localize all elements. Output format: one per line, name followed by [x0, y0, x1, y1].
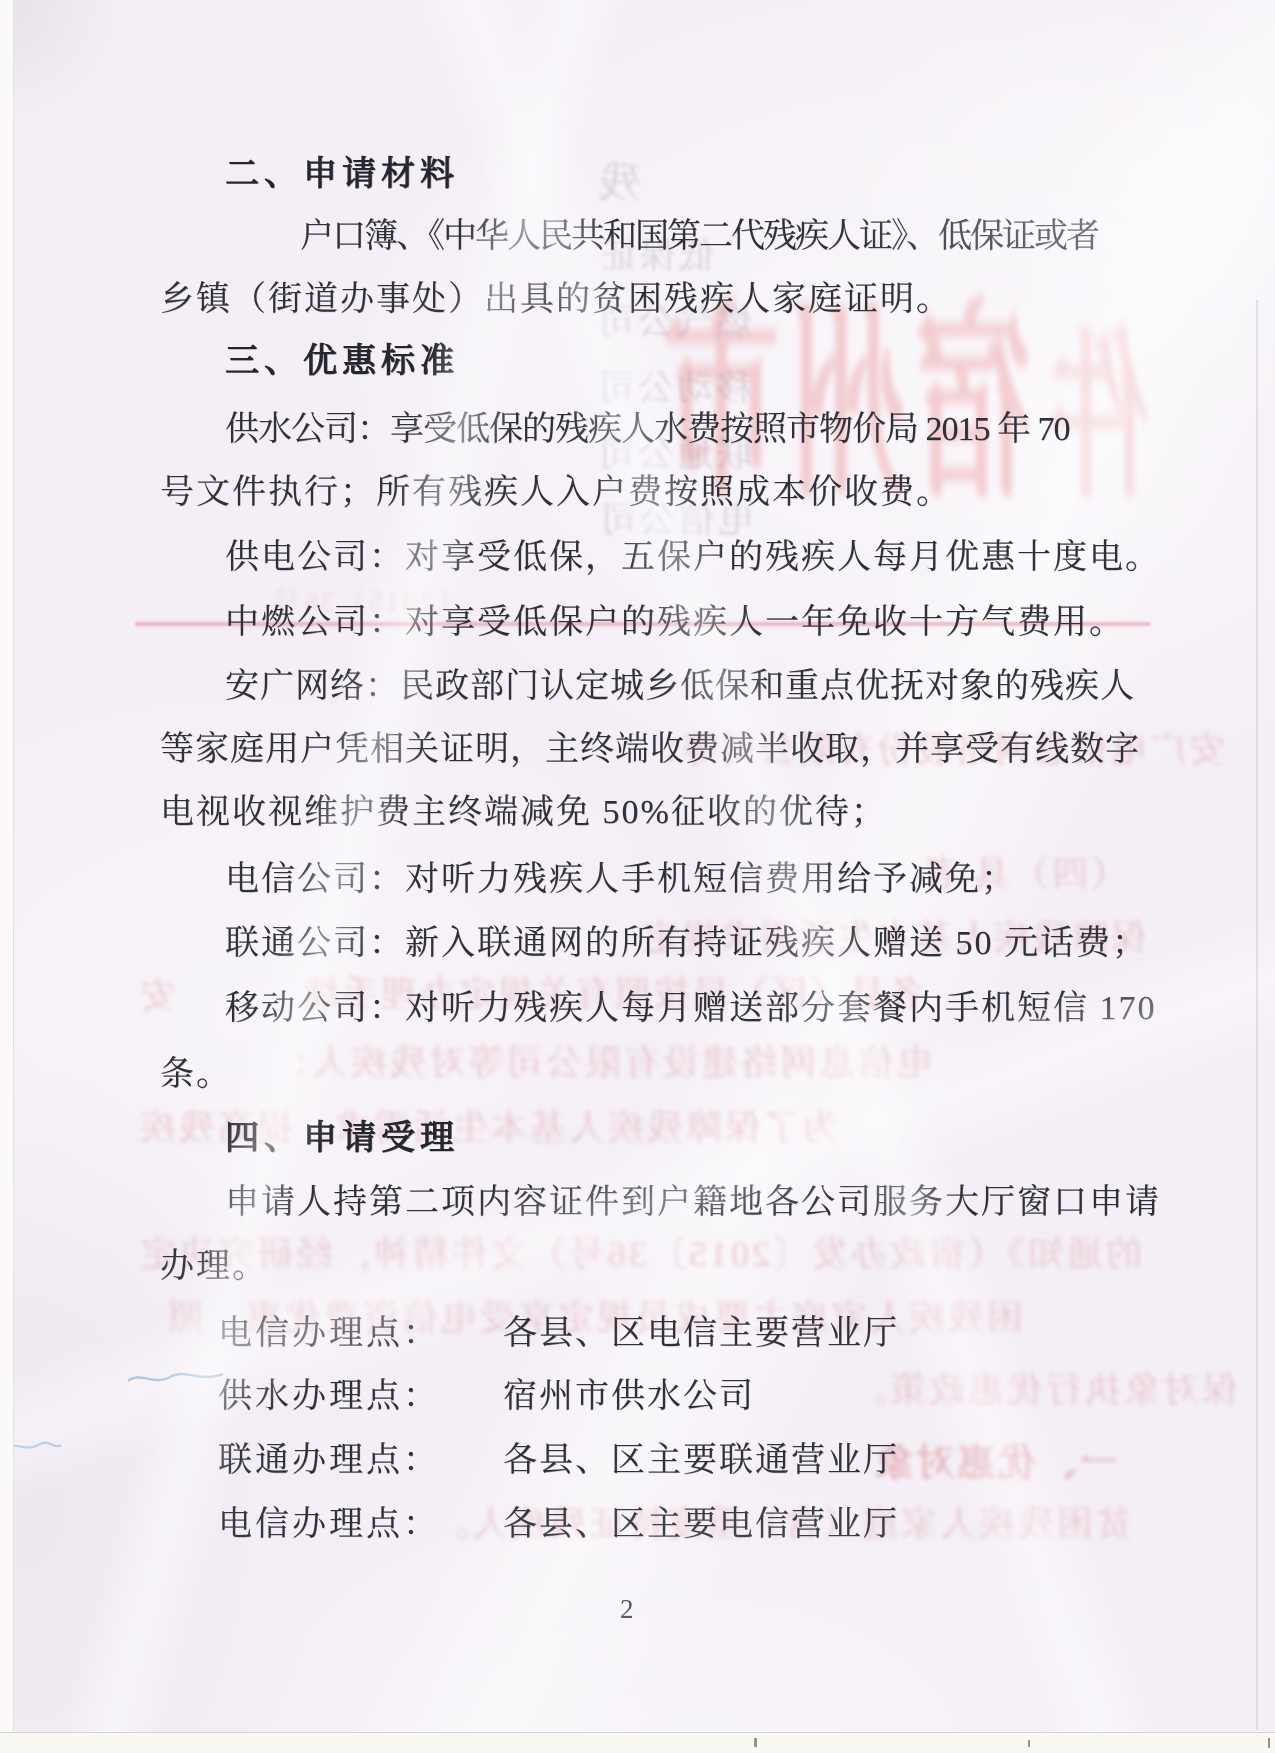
doc-line: 供电公司：对享受低保，五保户的残疾人每月优惠十度电。 [225, 529, 1161, 578]
page-fold-line [1256, 300, 1258, 1730]
scan-speck [1028, 1740, 1030, 1747]
section-heading-materials: 二、申请材料 [225, 146, 459, 195]
doc-line: 办理。 [160, 1238, 268, 1287]
bleed-row: 安 [137, 968, 176, 1019]
contact-row-value: 宿州市供水公司 [503, 1368, 755, 1417]
scan-edge-left [0, 0, 14, 1753]
section-heading-standards: 三、优惠标准 [225, 333, 459, 382]
doc-line: 供水公司：享受低保的残疾人水费按照市物价局 2015 年 70 [225, 401, 1070, 450]
doc-line: 安广网络：民政部门认定城乡低保和重点优抚对象的残疾人 [225, 658, 1135, 707]
contact-row-label: 电信办理点： [218, 1496, 440, 1545]
doc-line: 申请人持第二项内容证件到户籍地各公司服务大厅窗口申请 [225, 1174, 1161, 1223]
scan-speck [754, 1738, 757, 1747]
contact-row-value: 各县、区主要联通营业厅 [503, 1432, 899, 1481]
doc-line: 联通公司：新入联通网的所有持证残疾人赠送 50 元话费； [225, 915, 1148, 964]
doc-line: 电视收视维护费主终端减免 50%征收的优待； [160, 784, 887, 833]
contact-row-label: 供水办理点： [218, 1368, 440, 1417]
contact-row-label: 电信办理点： [218, 1305, 440, 1354]
bleed-row: 电信息网络建设有限公司等对残疾人： [270, 1035, 933, 1086]
doc-line: 电信公司：对听力残疾人手机短信费用给予减免； [225, 851, 1017, 900]
scan-edge-bottom [0, 1732, 1275, 1753]
doc-line: 号文件执行；所有残疾人入户费按照成本价收费。 [160, 464, 952, 513]
bleed-row: 的通知》（宿政办发〔2015〕36号）文件精神，经研究决定 [137, 1226, 1142, 1277]
doc-line: 等家庭用户凭相关证明，主终端收费减半收取，并享受有线数字 [160, 721, 1140, 770]
bleed-row: 保对象执行优惠政策。 [848, 1362, 1238, 1413]
bleed-row: 一、优惠对象 [872, 1432, 1118, 1487]
contact-row-value: 各县、区主要电信营业厅 [503, 1496, 899, 1545]
blue-pen-squiggle [126, 1366, 226, 1390]
doc-line: 乡镇（街道办事处）出具的贫困残疾人家庭证明。 [160, 271, 952, 320]
contact-row-label: 联通办理点： [218, 1432, 440, 1481]
doc-line: 条。 [160, 1046, 232, 1095]
contact-row-value: 各县、区电信主要营业厅 [503, 1305, 899, 1354]
doc-line: 中燃公司：对享受低保户的残疾人一年免收十方气费用。 [225, 594, 1125, 643]
page-number: 2 [620, 1594, 634, 1625]
scan-speck [1268, 1738, 1270, 1748]
doc-line: 移动公司：对听力残疾人每月赠送部分套餐内手机短信 170 [225, 980, 1157, 1029]
bleed-side-text: 残 [596, 150, 641, 210]
doc-line: 户口簿、《中华人民共和国第二代残疾人证》、低保证或者 [300, 208, 1098, 257]
section-heading-acceptance: 四、申请受理 [225, 1110, 459, 1159]
scanned-document-page: 宿州市 件 残 低保证 燃气公司 移动公司 联通公司 电信公司 （2015）36… [0, 0, 1275, 1753]
